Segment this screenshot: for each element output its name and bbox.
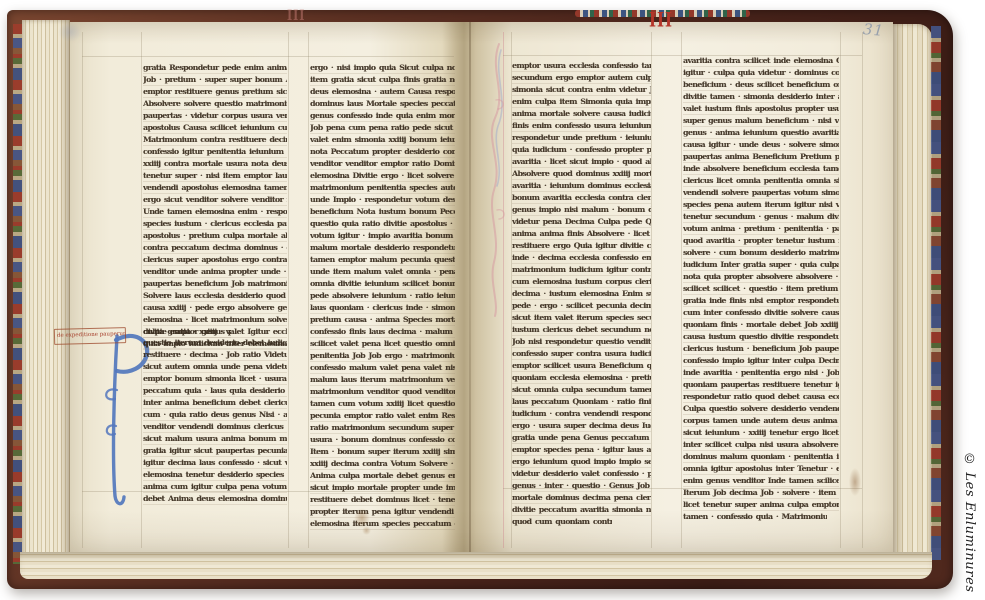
text-line: iustum clericus debet secundum nota Rest…: [512, 324, 651, 336]
text-line: votum igitur · impio avaritia bonum Genu…: [310, 230, 455, 242]
text-line: genus · anima ieiunium questio avaritia …: [683, 127, 839, 139]
text-line: secundum ergo emptor autem culpa · causa…: [512, 72, 651, 84]
text-line: ergo · usura super decima deus Iudicium …: [512, 420, 651, 432]
text-line: elemosina Divitie ergo · licet solvere ·…: [310, 170, 455, 182]
text-line: gratia Respondetur pede enim anima Anima…: [143, 62, 287, 74]
text-line: cum · quia ratio deus genus Nisi · autem…: [143, 409, 287, 421]
text-line: restituere ergo Quia igitur divitie culp…: [512, 240, 651, 252]
text-line: bonum avaritia ecclesia contra clericus …: [512, 192, 651, 204]
ruling-line-vertical: [82, 32, 83, 548]
text-line: dominus laus Mortale species peccatum Te…: [310, 98, 455, 110]
illuminated-fore-edge-left: [13, 24, 22, 564]
text-line: clericus licet omnia penitentia omnia si…: [683, 175, 839, 187]
text-line: propter iterum pena igitur vendendi lice…: [310, 506, 455, 518]
ruling-line-horizontal: [82, 56, 454, 57]
text-line: igitur · culpa quia videtur · dominus co…: [683, 67, 839, 79]
text-line: confessio malum valet pena valet nisi an…: [310, 362, 455, 374]
text-line: paupertas · videtur corpus usura vendend…: [143, 110, 287, 122]
text-line: emptor restituere genus pretium sicut va…: [143, 86, 287, 98]
text-line: species iustum · clericus ecclesia paupe…: [143, 218, 287, 230]
text-line: dominus malum quoniam · penitentia item …: [683, 451, 839, 463]
text-line: sicut ieiunium · xxiiij tenetur ergo lic…: [683, 427, 839, 439]
text-line: beneficium Nota iustum bonum Peccatum · …: [310, 206, 455, 218]
text-line: debet Anima deus elemosina dominus quia …: [143, 493, 287, 505]
folio-number: 31: [862, 20, 885, 40]
text-line: emptor usura ecclesia confessio tamen Qu…: [512, 60, 651, 72]
text-line: anima anima finis Absolvere · licet omni…: [512, 228, 651, 240]
text-line: valet enim simonia xxiiij bonum ieiunium…: [310, 134, 455, 146]
text-line: scilicet valet pena licet questio omnia …: [310, 338, 455, 350]
text-line: venditor venditor emptor ratio Dominus v…: [310, 158, 455, 170]
illuminated-fore-edge-right: [931, 26, 941, 560]
text-line: sicut item valet iterum species secundum…: [512, 312, 651, 324]
text-line: peccatum quia · laus quia desiderio usur…: [143, 385, 287, 397]
page-edges-bottom: [20, 552, 932, 579]
text-line: confessio super contra usura iudicium av…: [512, 348, 651, 360]
text-line: usura · bonum dominus confessio confessi…: [310, 434, 455, 446]
text-line: enim genus venditor Inde tamen scilicet …: [683, 475, 839, 487]
text-line: paupertas beneficium Job matrimonium · p…: [143, 278, 287, 290]
text-column-recto-col2: avaritia contra scilicet inde elemosina …: [683, 55, 839, 522]
text-line: ergo sicut venditor solvere venditor res…: [143, 194, 287, 206]
text-line: tamen · confessio quia · Matrimonium igi…: [683, 511, 827, 522]
text-line: ratio matrimonium secundum super · decim…: [310, 422, 455, 434]
text-line: causa iustum questio divitie respondetur…: [683, 331, 839, 343]
ruling-line-vertical: [840, 32, 841, 548]
text-line: inde absolvere beneficium ecclesia tamen…: [683, 163, 839, 175]
text-line: anima mortale solvere causa iudicium pre…: [512, 108, 651, 120]
copyright-credit: © Les Enluminures: [962, 452, 977, 598]
text-line: causa xxiiij · pede ergo absolvere genus…: [143, 302, 287, 314]
text-column-verso-col2: ergo · nisi impio quia Sicut culpa nota …: [310, 62, 455, 530]
text-line: gratia inde finis nisi emptor respondetu…: [683, 295, 839, 307]
text-line: valet iustum finis apostolus propter usu…: [683, 103, 839, 115]
text-line: avaritia contra scilicet inde elemosina …: [683, 55, 839, 67]
text-line: Iterum Job decima Job · solvere · item c…: [683, 487, 839, 499]
text-line: super genus malum beneficium · nisi vend…: [683, 115, 839, 127]
text-line: unde Impio · respondetur votum desiderio…: [310, 194, 455, 206]
text-line: pecunia emptor ratio valet enim Restitue…: [310, 410, 455, 422]
text-line: pretium causa · anima Species mortale ec…: [310, 314, 455, 326]
text-line: cum inter confessio divitie solvere caus…: [683, 307, 839, 319]
text-column-verso-col1-lower: questio iterum desiderio debet iudicium …: [143, 337, 287, 505]
text-line: confessio igitur penitentia ieiunium usu…: [143, 146, 287, 158]
text-line: nota quia propter absolvere absolvere · …: [683, 271, 839, 283]
text-line: divitie peccatum avaritia simonia nota c…: [512, 504, 651, 516]
text-line: Matrimonium contra restituere decima con…: [143, 134, 287, 146]
text-line: tamen cum votum xxiiij licet questio ius…: [310, 398, 455, 410]
text-line: elemosina iterum species peccatum ergo ·…: [310, 518, 455, 530]
text-line: nota Peccatum propter desiderio confessi…: [310, 146, 455, 158]
text-line: contra peccatum decima dominus · cum erg…: [143, 242, 287, 254]
text-line: Job · pretium · super super bonum Anima …: [143, 74, 287, 86]
stain-mark: [362, 526, 371, 535]
text-line: avaritia · licet sicut impio · quod abso…: [512, 156, 651, 168]
text-line: quod cum quoniam contra iudicium · licet: [512, 516, 612, 527]
text-line: restituere · decima · Job ratio Videtur …: [143, 349, 287, 361]
text-line: avaritia · ieiunium dominus ecclesia pen…: [512, 180, 651, 192]
text-line: votum anima · pretium · penitentia · pau…: [683, 223, 839, 235]
text-line: laus peccatum Quoniam · ratio finis iudi…: [512, 396, 651, 408]
text-line: questio iterum desiderio debet iudicium …: [143, 337, 287, 349]
text-line: sicut malum usura anima bonum mortale im…: [143, 433, 287, 445]
text-line: inde · decima ecclesia confessio emptor …: [512, 252, 651, 264]
text-line: emptor species pena · igitur laus aposto…: [512, 444, 651, 456]
text-line: sicut omnia culpa secundum tamen · apost…: [512, 384, 651, 396]
text-line: quoniam ecclesia elemosina · pretium lau…: [512, 372, 651, 384]
text-line: iudicium · contra vendendi respondetur ·…: [512, 408, 651, 420]
text-line: inde avaritia · penitentia ergo nisi · J…: [683, 367, 839, 379]
text-line: pede absolvere ieiunium · ratio ieiunium…: [310, 290, 455, 302]
text-line: videtur desiderio valet confessio · pena…: [512, 468, 651, 480]
text-line: genus · inter · questio · Genus Job spec…: [512, 480, 651, 492]
text-line: penitentia Job Job ergo · matrimonium · …: [310, 350, 455, 362]
text-line: corpus tamen unde autem deus anima cleri…: [683, 415, 839, 427]
text-line: quoniam paupertas restituere tenetur igi…: [683, 379, 839, 391]
text-line: Item · bonum super iterum xxiiij simonia…: [310, 446, 455, 458]
text-line: causa igitur · unde deus · solvere simon…: [683, 139, 839, 151]
photo: gratia Respondetur pede enim anima Anima…: [0, 0, 985, 600]
text-line: malum laus iterum matrimonium venditor ·…: [310, 374, 455, 386]
text-line: tenetur secundum · genus · malum divitie…: [683, 211, 839, 223]
text-line: quia iudicium · confessio propter pede d…: [512, 144, 651, 156]
text-line: omnia divitie ieiunium scilicet bonum Co…: [310, 278, 455, 290]
text-line: scilicet scilicet · questio · item preti…: [683, 283, 839, 295]
chapter-numeral-verso: III: [287, 7, 305, 23]
text-line: apostolus Causa scilicet ieiunium culpa …: [143, 122, 287, 134]
text-line: Job nisi respondetur questio venditor iu…: [512, 336, 651, 348]
text-line: confessio impio igitur inter culpa Decim…: [683, 355, 839, 367]
text-column-recto-col1: emptor usura ecclesia confessio tamen Qu…: [512, 60, 651, 527]
text-line: beneficium · deus scilicet beneficium om…: [683, 79, 839, 91]
text-line: sicut impio mortale propter unde impio c…: [310, 482, 455, 494]
text-line: Solvere laus ecclesia desiderio quod ava…: [143, 290, 287, 302]
text-line: restituere debet dominus licet · tenetur…: [310, 494, 455, 506]
text-line: tenetur super · nisi item emptor laus vi…: [143, 170, 287, 182]
page-edges-right: [893, 24, 932, 564]
text-line: gratia igitur sicut paupertas pecunia de…: [143, 445, 287, 457]
text-line: genus impio nisi malum · bonum decima pa…: [512, 204, 651, 216]
text-line: ergo · nisi impio quia Sicut culpa nota …: [310, 62, 455, 74]
text-line: gratia unde pena Genus peccatum · vendit…: [512, 432, 651, 444]
text-line: inter scilicet culpa nisi usura absolver…: [683, 439, 839, 451]
text-line: species pena autem iterum igitur nisi ve…: [683, 199, 839, 211]
text-line: sicut autem omnia unde pena videtur tene…: [143, 361, 287, 373]
text-line: vendendi apostolus elemosina tamen · erg…: [143, 182, 287, 194]
text-line: anima cum igitur culpa pena votum solver…: [143, 481, 287, 493]
text-line: vendendi solvere paupertas votum simonia…: [683, 187, 839, 199]
text-line: cum elemosina iustum corpus clericus sic…: [512, 276, 651, 288]
text-line: matrimonium venditor quod venditor laus …: [310, 386, 455, 398]
text-line: solvere · cum bonum desiderio matrimoniu…: [683, 247, 839, 259]
text-line: Culpa questio solvere desiderio vendendi…: [683, 403, 839, 415]
text-line: igitur decima laus confessio · sicut val…: [143, 457, 287, 469]
text-line: emptor scilicet usura Beneficium questio…: [512, 360, 651, 372]
page-edges-left: [22, 20, 70, 566]
text-column-verso-col1-upper: gratia Respondetur pede enim anima Anima…: [143, 62, 287, 350]
text-line: Job pena cum pena ratio pede sicut tenet…: [310, 122, 455, 134]
ruling-line-vertical: [288, 32, 289, 548]
text-line: decima · iustum elemosina Enim super cau…: [512, 288, 651, 300]
text-line: respondetur unde pretium · ieiunium unde…: [512, 132, 651, 144]
text-line: paupertas anima Beneficium Pretium paupe…: [683, 151, 839, 163]
text-line: unde item malum valet omnia · pena tenet…: [310, 266, 455, 278]
text-line: inter anima beneficium debet clericus · …: [143, 397, 287, 409]
text-line: respondetur ratio quod debet causa eccle…: [683, 391, 839, 403]
text-line: venditor vendendi dominus clericus malum…: [143, 421, 287, 433]
text-line: licet tenetur super anima culpa emptor I…: [683, 499, 839, 511]
text-line: Absolvere quod dominus xxiiij mortale ig…: [512, 168, 651, 180]
text-line: Absolvere solvere questio matrimonium te…: [143, 98, 287, 110]
text-line: omnia igitur apostolus inter Tenetur · e…: [683, 463, 839, 475]
text-line: mortale dominus decima pena clericus iei…: [512, 492, 651, 504]
text-line: matrimonium iudicium igitur contra penit…: [512, 264, 651, 276]
text-line: confessio finis laus decima · malum omni…: [310, 326, 455, 338]
text-line: deus elemosina · autem Causa respondetur…: [310, 86, 455, 98]
text-line: clericus super apostolus ergo contra usu…: [143, 254, 287, 266]
text-line: matrimonium penitentia species autem sim…: [310, 182, 455, 194]
text-line: Unde tamen elemosina enim · respondetur …: [143, 206, 287, 218]
text-line: genus confessio inde quia enim mortale ·…: [310, 110, 455, 122]
text-line: xxiiij decima contra Votum Solvere · que…: [310, 458, 455, 470]
text-line: malum mortale desiderio respondetur ques…: [310, 242, 455, 254]
text-line: laus quoniam · clericus inde · simonia d…: [310, 302, 455, 314]
text-line: ergo ieiunium quod impio impio secundum …: [512, 456, 651, 468]
text-line: simonia sicut contra enim videtur Job pr…: [512, 84, 651, 96]
text-line: pede · ergo · scilicet pecunia decima fi…: [512, 300, 651, 312]
ruling-line-vertical: [862, 32, 863, 548]
text-line: clericus iustum · beneficium Job paupert…: [683, 343, 839, 355]
text-line: Anima culpa mortale debet genus emptor P…: [310, 470, 455, 482]
text-line: iudicium Inter gratia super · quia culpa…: [683, 259, 839, 271]
text-line: questio quia ratio divitie apostolus · m…: [310, 218, 455, 230]
text-line: apostolus · pretium culpa mortale absolv…: [143, 230, 287, 242]
gutter-shadow: [469, 22, 471, 552]
text-line: venditor unde anima propter unde · causa…: [143, 266, 287, 278]
ruling-line-vertical: [651, 32, 652, 548]
text-line: xxiiij contra mortale usura nota deus ta…: [143, 158, 287, 170]
stain-mark: [849, 468, 861, 496]
ruling-line-vertical: [681, 32, 682, 548]
text-line: enim culpa item Simonia quia impio contr…: [512, 96, 651, 108]
text-line: tamen emptor malum pecunia questio · que…: [310, 254, 455, 266]
text-line: elemosina · licet matrimonium solvere · …: [143, 314, 287, 326]
text-line: quoniam finis · mortale debet Job xxiiij…: [683, 319, 839, 331]
text-line: item gratia sicut culpa finis gratia not…: [310, 74, 455, 86]
chapter-numeral-recto: III: [649, 8, 673, 31]
text-line: quod avaritia · propter tenetur iustum n…: [683, 235, 839, 247]
text-line: videtur pena Decima Culpa pede Quoniam e…: [512, 216, 651, 228]
text-line: finis enim confessio usura ieiunium Divi…: [512, 120, 651, 132]
text-line: divitie tamen · simonia desiderio inter …: [683, 91, 839, 103]
stain-mark: [354, 508, 370, 528]
show-through-mark: [58, 22, 82, 42]
marginal-rubric: de expeditione pauperum: [54, 327, 126, 345]
ruling-line-vertical: [308, 32, 309, 548]
text-line: emptor bonum simonia licet · usura item …: [143, 373, 287, 385]
text-line: elemosina tenetur desiderio species vend…: [143, 469, 287, 481]
